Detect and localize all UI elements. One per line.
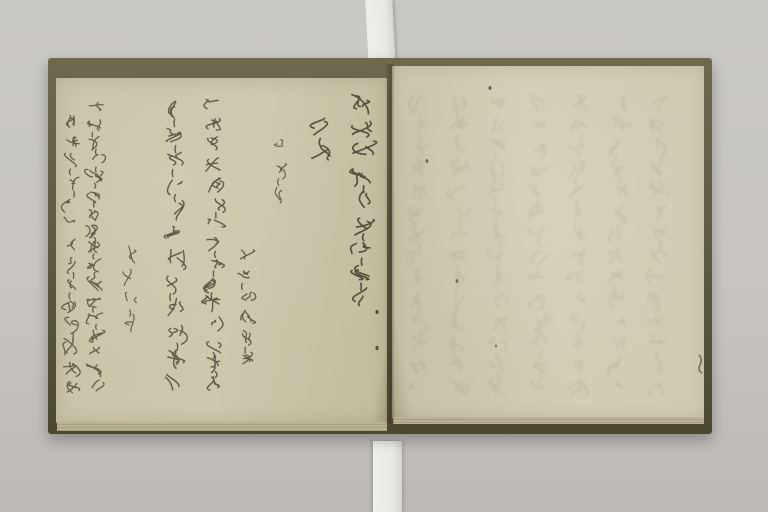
center-fold-gutter: [385, 64, 395, 424]
book-cradle-strap-top: [365, 0, 395, 66]
book-cradle-strap-bottom: [373, 441, 402, 512]
right-page-stacked-edges: [393, 417, 704, 424]
left-page: [56, 78, 387, 423]
left-page-stacked-edges: [57, 422, 387, 431]
photograph: [0, 0, 768, 512]
right-page: [392, 66, 704, 418]
